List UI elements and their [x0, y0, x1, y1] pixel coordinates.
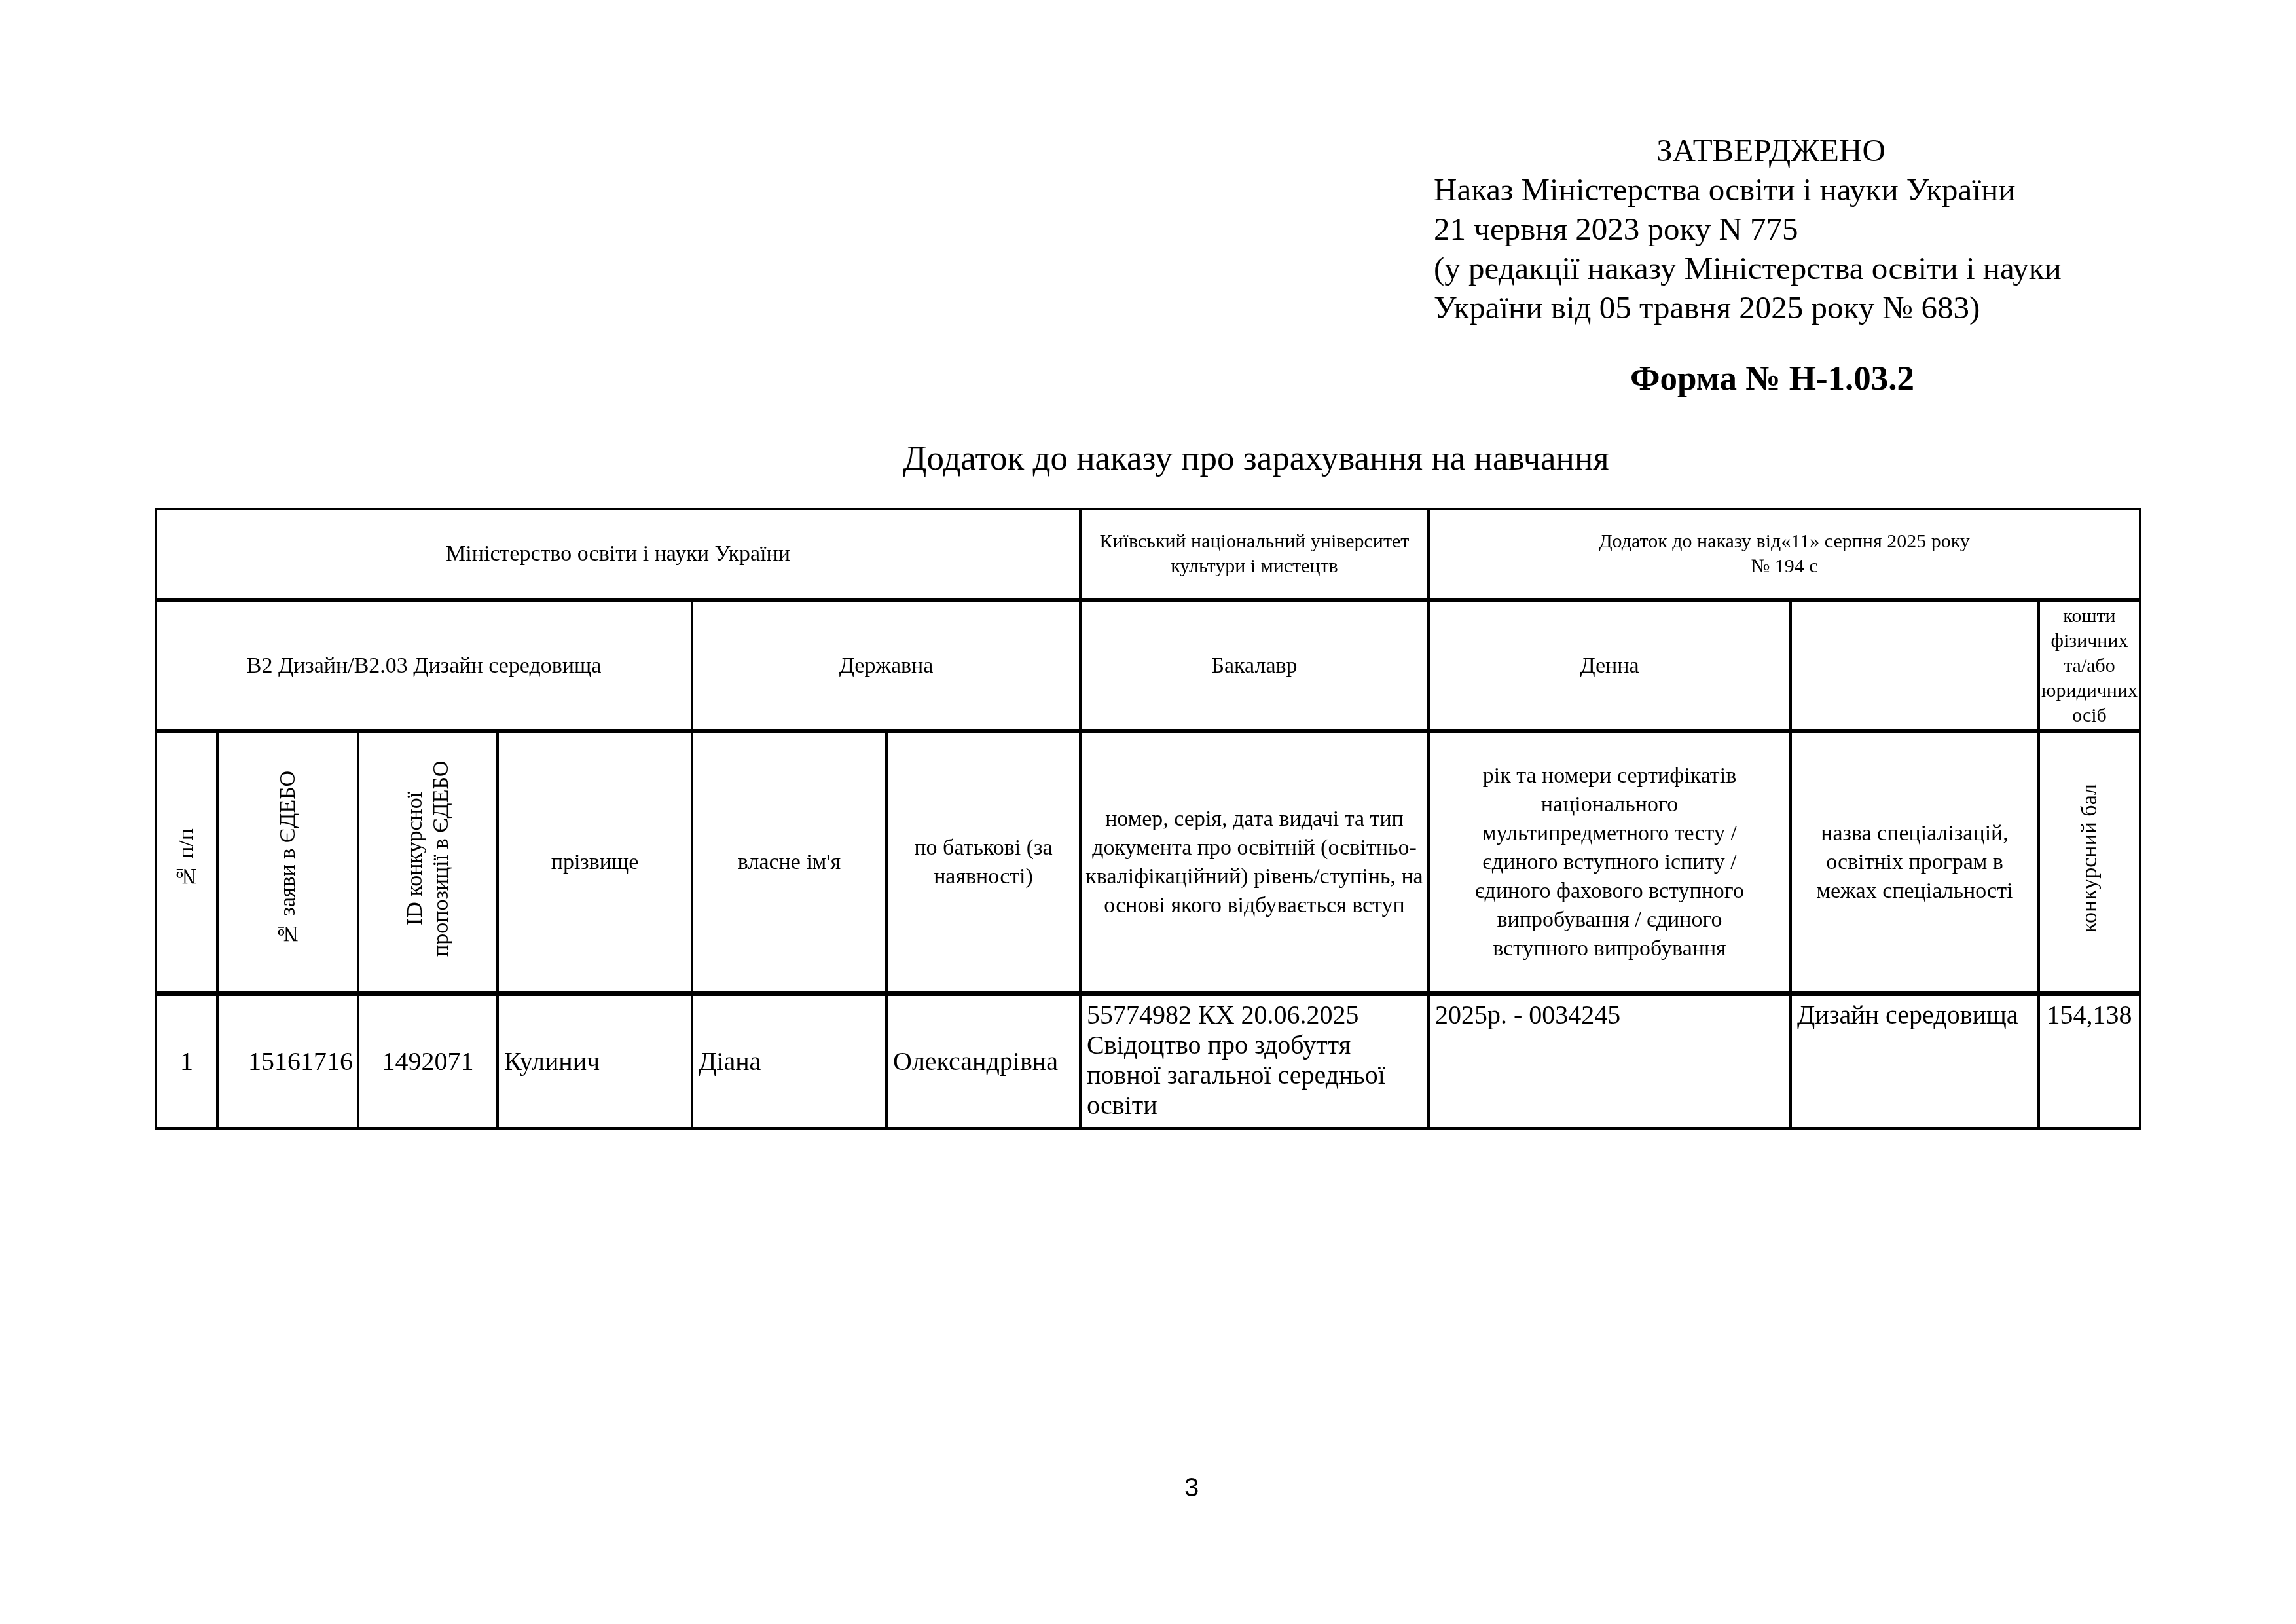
- ministry-cell: Міністерство освіти і науки України: [156, 509, 1080, 600]
- empty-cell: [1791, 600, 2039, 731]
- header-first-name: власне ім'я: [692, 731, 886, 994]
- approval-title: ЗАТВЕРДЖЕНО: [1434, 131, 2187, 170]
- order-reference-line2: № 194 с: [1751, 555, 1818, 577]
- approval-line: (у редакції наказу Міністерства освіти і…: [1434, 249, 2187, 288]
- header-application-no: № заяви в ЄДЕБО: [217, 731, 358, 994]
- header-offer-id: ID конкурсної пропозиції в ЄДЕБО: [358, 731, 498, 994]
- approval-block: ЗАТВЕРДЖЕНО Наказ Міністерства освіти і …: [1434, 131, 2187, 327]
- cell-document: 55774982 КХ 20.06.2025 Свідоцтво про здо…: [1080, 994, 1429, 1129]
- degree-cell: Бакалавр: [1080, 600, 1429, 731]
- enrollment-table: Міністерство освіти і науки України Київ…: [155, 507, 2141, 1130]
- cell-certificates: 2025р. - 0034245: [1429, 994, 1791, 1129]
- approval-line: Наказ Міністерства освіти і науки Україн…: [1434, 170, 2187, 210]
- form-number: Форма № Н-1.03.2: [1630, 359, 1914, 398]
- table-row: 1 15161716 1492071 Кулинич Діана Олексан…: [156, 994, 2140, 1129]
- funding-cell: Державна: [692, 600, 1080, 731]
- institution-cell: Київський національний університет культ…: [1080, 509, 1429, 600]
- order-reference-cell: Додаток до наказу від«11» серпня 2025 ро…: [1429, 509, 2140, 600]
- cell-specialization: Дизайн середовища: [1791, 994, 2039, 1129]
- header-document: номер, серія, дата видачі та тип докумен…: [1080, 731, 1429, 994]
- study-form-cell: Денна: [1429, 600, 1791, 731]
- cell-first-name: Діана: [692, 994, 886, 1129]
- approval-line: 21 червня 2023 року N 775: [1434, 210, 2187, 249]
- payment-source-cell: кошти фізичних та/або юридичних осіб: [2039, 600, 2140, 731]
- cell-patronymic: Олександрівна: [886, 994, 1080, 1129]
- specialty-cell: B2 Дизайн/B2.03 Дизайн середовища: [156, 600, 692, 731]
- header-specialization: назва спеціалізацій, освітніх програм в …: [1791, 731, 2039, 994]
- document-title: Додаток до наказу про зарахування на нав…: [0, 439, 2296, 478]
- header-patronymic: по батькові (за наявності): [886, 731, 1080, 994]
- header-surname: прізвище: [498, 731, 692, 994]
- cell-num: 1: [156, 994, 217, 1129]
- header-num: № п/п: [156, 731, 217, 994]
- header-score: конкурсний бал: [2039, 731, 2140, 994]
- cell-offer-id: 1492071: [358, 994, 498, 1129]
- approval-line: України від 05 травня 2025 року № 683): [1434, 288, 2187, 327]
- header-certificates: рік та номери сертифікатів національного…: [1429, 731, 1791, 994]
- cell-application-no: 15161716: [217, 994, 358, 1129]
- order-reference-line1: Додаток до наказу від«11» серпня 2025 ро…: [1599, 530, 1970, 552]
- cell-surname: Кулинич: [498, 994, 692, 1129]
- page-number: 3: [0, 1473, 2296, 1503]
- cell-score: 154,138: [2039, 994, 2140, 1129]
